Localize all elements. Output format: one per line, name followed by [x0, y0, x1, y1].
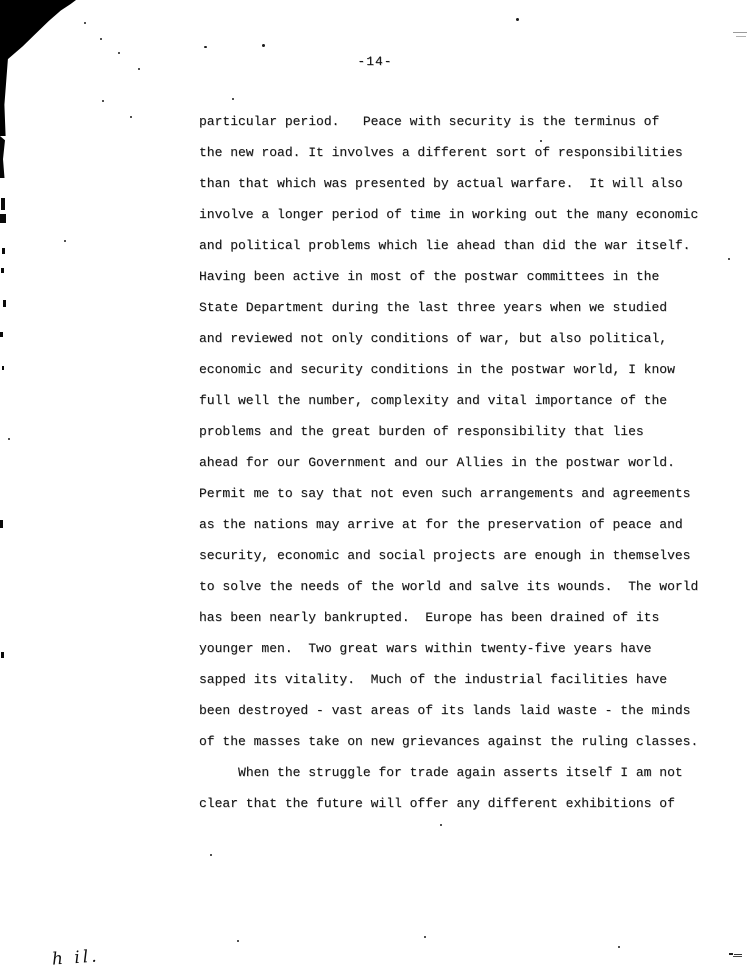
scan-edge-noise: [0, 214, 6, 223]
scan-smudge: [733, 32, 749, 38]
scan-speckle: [204, 46, 207, 48]
scan-edge-noise: [1, 268, 4, 273]
scan-speckle: [262, 44, 265, 47]
scan-edge-noise: [0, 520, 3, 528]
scan-smudge: [729, 953, 743, 958]
scan-speckle: [64, 240, 66, 242]
scan-speckle: [8, 438, 10, 440]
scan-edge-noise: [1, 652, 4, 658]
scan-speckle: [424, 936, 426, 938]
scan-speckle: [102, 100, 104, 102]
scan-speckle: [232, 98, 234, 100]
document-page: -14- particular period. Peace with secur…: [0, 0, 750, 972]
scan-speckle: [237, 940, 239, 942]
scan-edge-noise: [3, 300, 6, 307]
scan-edge-noise: [2, 366, 4, 370]
handwritten-initials: h il.: [51, 946, 100, 969]
scan-edge-noise: [0, 136, 5, 178]
scan-speckle: [100, 38, 102, 40]
scan-speckle: [440, 824, 442, 826]
scan-speckle: [210, 854, 212, 856]
scan-speckle: [84, 22, 86, 24]
scan-speckle: [130, 116, 132, 118]
scan-edge-noise: [1, 198, 5, 210]
scan-edge-noise: [0, 58, 8, 136]
scan-edge-noise: [0, 332, 3, 337]
page-number: -14-: [0, 54, 750, 69]
typewritten-body: particular period. Peace with security i…: [199, 106, 739, 819]
scan-speckle: [516, 18, 519, 21]
scan-speckle: [618, 946, 620, 948]
scan-edge-noise: [2, 248, 5, 254]
